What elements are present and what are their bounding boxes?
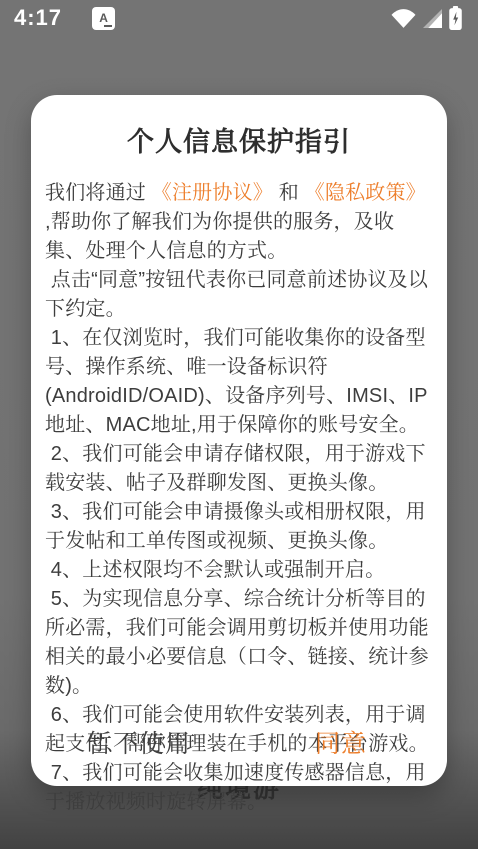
paragraph-item-1: 1、在仅浏览时，我们可能收集你的设备型号、操作系统、唯一设备标识符(Androi… — [45, 324, 433, 440]
privacy-dialog: 个人信息保护指引 我们将通过 《注册协议》 和 《隐私政策》 ,帮助你了解我们为… — [31, 95, 447, 786]
privacy-policy-link[interactable]: 《隐私政策》 — [305, 182, 426, 204]
notification-app-icon-bar — [104, 25, 112, 27]
dialog-button-row: 暂不使用 同意 — [31, 716, 447, 768]
wifi-icon — [391, 9, 416, 28]
status-icons — [391, 6, 462, 30]
paragraph-item-4: 4、上述权限均不会默认或强制开启。 — [45, 556, 433, 585]
paragraph-item-5: 5、为实现信息分享、综合统计分析等目的所必需，我们可能会调用剪切板并使用功能相关… — [45, 585, 433, 701]
paragraph-item-3: 3、我们可能会申请摄像头或相册权限，用于发帖和工单传图或视频、更换头像。 — [45, 498, 433, 556]
intro-text-pre: 我们将通过 — [45, 182, 152, 204]
paragraph-click-agree: 点击“同意”按钮代表你已同意前述协议及以下约定。 — [45, 266, 433, 324]
notification-app-letter: A — [99, 11, 108, 25]
status-bar: 4:17 A — [0, 0, 478, 36]
notification-app-icon: A — [92, 7, 115, 30]
dialog-title: 个人信息保护指引 — [31, 120, 447, 159]
register-agreement-link[interactable]: 《注册协议》 — [152, 182, 273, 204]
intro-paragraph: 我们将通过 《注册协议》 和 《隐私政策》 ,帮助你了解我们为你提供的服务，及收… — [45, 179, 433, 266]
paragraph-item-2: 2、我们可能会申请存储权限，用于游戏下载安装、帖子及群聊发图、更换头像。 — [45, 440, 433, 498]
cell-signal-icon — [423, 9, 442, 28]
status-time: 4:17 — [14, 5, 62, 31]
decline-button[interactable]: 暂不使用 — [83, 716, 195, 768]
screen: 4:17 A 纯境游 个人信息保护指引 我们将通过 《注册协议》 和 《隐私政 — [0, 0, 478, 849]
battery-charging-icon — [449, 6, 462, 30]
intro-text-mid: 和 — [273, 182, 305, 204]
agree-button[interactable]: 同意 — [311, 716, 371, 768]
